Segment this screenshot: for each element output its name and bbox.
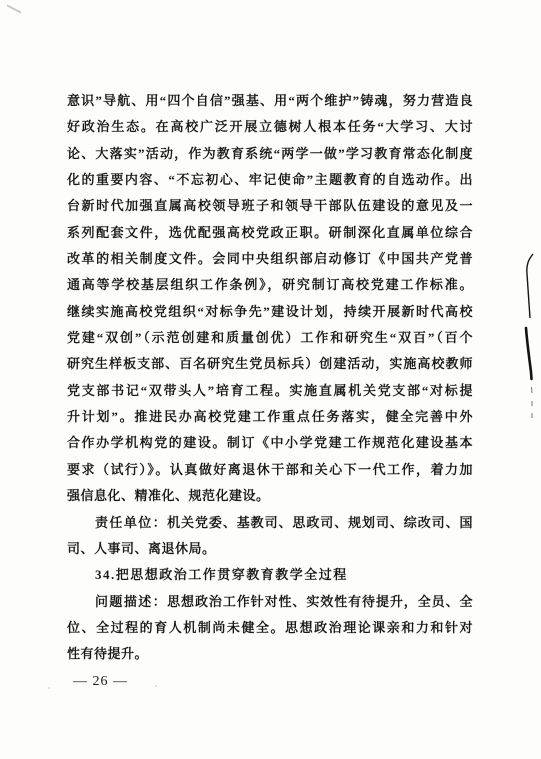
text-line: 通高等学校基层组织工作条例》，研究制订高校党建工作标准。 [67,272,473,298]
text-line: 化的重要内容、“不忘初心、牢记使命”主题教育的自选动作。出 [67,167,473,193]
line-text: 好政治生态。在高校广泛开展立德树人根本任务“大学习、大讨 [67,119,473,134]
scan-artifact-corner [6,4,21,13]
text-line: 台新时代加强直属高校领导班子和领导干部队伍建设的意见及一 [67,193,473,219]
item-34-heading: 34.把思想政治工作贯穿教育教学全过程 [67,562,473,588]
line-text: 化的重要内容、“不忘初心、牢记使命”主题教育的自选动作。出 [67,172,473,187]
text-line: 升计划”。推进民办高校党建工作重点任务落实，健全完善中外 [67,404,473,430]
line-text: 台新时代加强直属高校领导班子和领导干部队伍建设的意见及一 [67,198,473,213]
scan-artifact-crease [500,240,541,420]
text-line: 强信息化、精准化、规范化建设。 [67,483,473,509]
text-line: 司、人事司、离退休局。 [67,536,473,562]
line-text: 司、人事司、离退休局。 [67,541,216,556]
text-line: 继续实施高校党组织“对标争先”建设计划，持续开展新时代高校 [67,299,473,325]
heading-text: 34.把思想政治工作贯穿教育教学全过程 [95,567,348,582]
document-page: 意识”导航、用“四个自信”强基、用“两个维护”铸魂，努力营造良 好政治生态。在高… [0,0,541,759]
page-body: 意识”导航、用“四个自信”强基、用“两个维护”铸魂，努力营造良 好政治生态。在高… [67,88,473,668]
text-line: 系列配套文件，选优配强高校党政正职。研制深化直属单位综合 [67,220,473,246]
line-text: 通高等学校基层组织工作条例》，研究制订高校党建工作标准。 [67,277,473,292]
text-line: 好政治生态。在高校广泛开展立德树人根本任务“大学习、大讨 [67,114,473,140]
text-line: 要求（试行）》。认真做好离退休干部和关心下一代工作，着力加 [67,457,473,483]
text-line: 研究生样板支部、百名研究生党员标兵）创建活动，实施高校教师 [67,351,473,377]
scan-speck [48,687,50,689]
line-text: 合作办学机构党的建设。制订《中小学党建工作规范化建设基本 [67,435,473,450]
text-line: 性有待提升。 [67,641,473,667]
line-text: 位、全过程的育人机制尚未健全。思想政治理论课亲和力和针对 [67,620,473,635]
page-number: — 26 — [73,671,128,693]
text-line: 合作办学机构党的建设。制订《中小学党建工作规范化建设基本 [67,430,473,456]
responsible-unit-line: 责任单位：机关党委、基教司、思政司、规划司、综改司、国际 [67,510,473,536]
scan-speck [155,685,157,687]
problem-description-line: 问题描述：思想政治工作针对性、实效性有待提升，全员、全方 [67,589,473,615]
line-text: 改革的相关制度文件。会同中央组织部启动修订《中国共产党普 [67,251,473,266]
line-text: 党建“双创”（示范创建和质量创优）工作和研究生“双百”（百个 [67,330,473,345]
line-text: 党支部书记“双带头人”培育工程。实施直属机关党支部“对标提 [67,383,473,398]
text-line: 党建“双创”（示范创建和质量创优）工作和研究生“双百”（百个 [67,325,473,351]
text-line: 位、全过程的育人机制尚未健全。思想政治理论课亲和力和针对 [67,615,473,641]
line-text: 升计划”。推进民办高校党建工作重点任务落实，健全完善中外 [67,409,473,424]
text-line: 论、大落实”活动，作为教育系统“两学一做”学习教育常态化制度 [67,141,473,167]
line-text: 论、大落实”活动，作为教育系统“两学一做”学习教育常态化制度 [67,146,473,161]
line-text: 性有待提升。 [67,646,148,661]
problem-description-label: 问题描述： [95,594,167,609]
line-text: 研究生样板支部、百名研究生党员标兵）创建活动，实施高校教师 [67,356,473,371]
text-line: 党支部书记“双带头人”培育工程。实施直属机关党支部“对标提 [67,378,473,404]
line-text: 继续实施高校党组织“对标争先”建设计划，持续开展新时代高校 [67,304,473,319]
line-text: 要求（试行）》。认真做好离退休干部和关心下一代工作，着力加 [67,462,473,477]
line-text: 系列配套文件，选优配强高校党政正职。研制深化直属单位综合 [67,225,473,240]
responsible-unit-label: 责任单位： [95,515,167,530]
text-line: 意识”导航、用“四个自信”强基、用“两个维护”铸魂，努力营造良 [67,88,473,114]
line-text: 强信息化、精准化、规范化建设。 [67,488,270,503]
text-line: 改革的相关制度文件。会同中央组织部启动修订《中国共产党普 [67,246,473,272]
line-text: 意识”导航、用“四个自信”强基、用“两个维护”铸魂，努力营造良 [67,93,473,108]
